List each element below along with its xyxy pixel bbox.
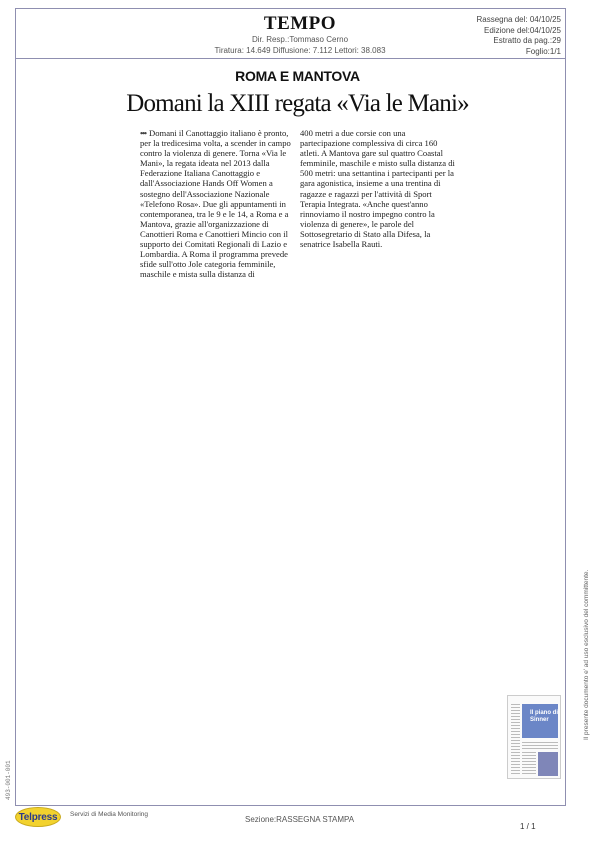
thumbnail-text-lines bbox=[522, 742, 558, 750]
article-column-1: •••Domani il Canottaggio italiano è pron… bbox=[140, 128, 295, 279]
newspaper-title: TEMPO bbox=[180, 14, 420, 34]
logo-subtitle: Servizi di Media Monitoring bbox=[70, 811, 148, 818]
document-code: 493-001-001 bbox=[5, 760, 12, 800]
thumbnail-text-lines bbox=[522, 752, 536, 776]
masthead: TEMPO Dir. Resp.:Tommaso Cerno Tiratura:… bbox=[180, 14, 420, 56]
circulation-stats: Tiratura: 14.649 Diffusione: 7.112 Letto… bbox=[180, 45, 420, 56]
column-1-text: Domani il Canottaggio italiano è pronto,… bbox=[140, 128, 291, 279]
usage-notice: Il presente documento e' ad uso esclusiv… bbox=[583, 570, 590, 740]
edizione-date: Edizione del:04/10/25 bbox=[476, 26, 561, 37]
page-thumbnail[interactable]: Il piano di Sinner bbox=[507, 695, 561, 779]
director-line: Dir. Resp.:Tommaso Cerno bbox=[180, 34, 420, 45]
article-headline: Domani la XIII regata «Via le Mani» bbox=[0, 90, 595, 118]
article-kicker: ROMA E MANTOVA bbox=[0, 68, 595, 84]
article-column-2: 400 metri a due corsie con una partecipa… bbox=[300, 128, 455, 249]
logo-text: Telpress bbox=[19, 812, 58, 823]
clipping-meta: Rassegna del: 04/10/25 Edizione del:04/1… bbox=[476, 15, 561, 57]
column-2-text: 400 metri a due corsie con una partecipa… bbox=[300, 128, 455, 249]
thumbnail-text-lines bbox=[511, 704, 520, 774]
page-number: 1 / 1 bbox=[520, 822, 536, 831]
thumbnail-photo-2 bbox=[538, 752, 558, 776]
thumbnail-photo: Il piano di Sinner bbox=[522, 704, 558, 738]
foglio: Foglio:1/1 bbox=[476, 47, 561, 58]
telpress-logo: Telpress bbox=[15, 807, 61, 827]
rassegna-date: Rassegna del: 04/10/25 bbox=[476, 15, 561, 26]
estratto-page: Estratto da pag.:29 bbox=[476, 36, 561, 47]
bullet-icon: ••• bbox=[140, 128, 146, 138]
section-label: Sezione:RASSEGNA STAMPA bbox=[245, 815, 354, 824]
header-divider bbox=[15, 58, 566, 59]
thumbnail-caption: Il piano di Sinner bbox=[530, 710, 558, 724]
